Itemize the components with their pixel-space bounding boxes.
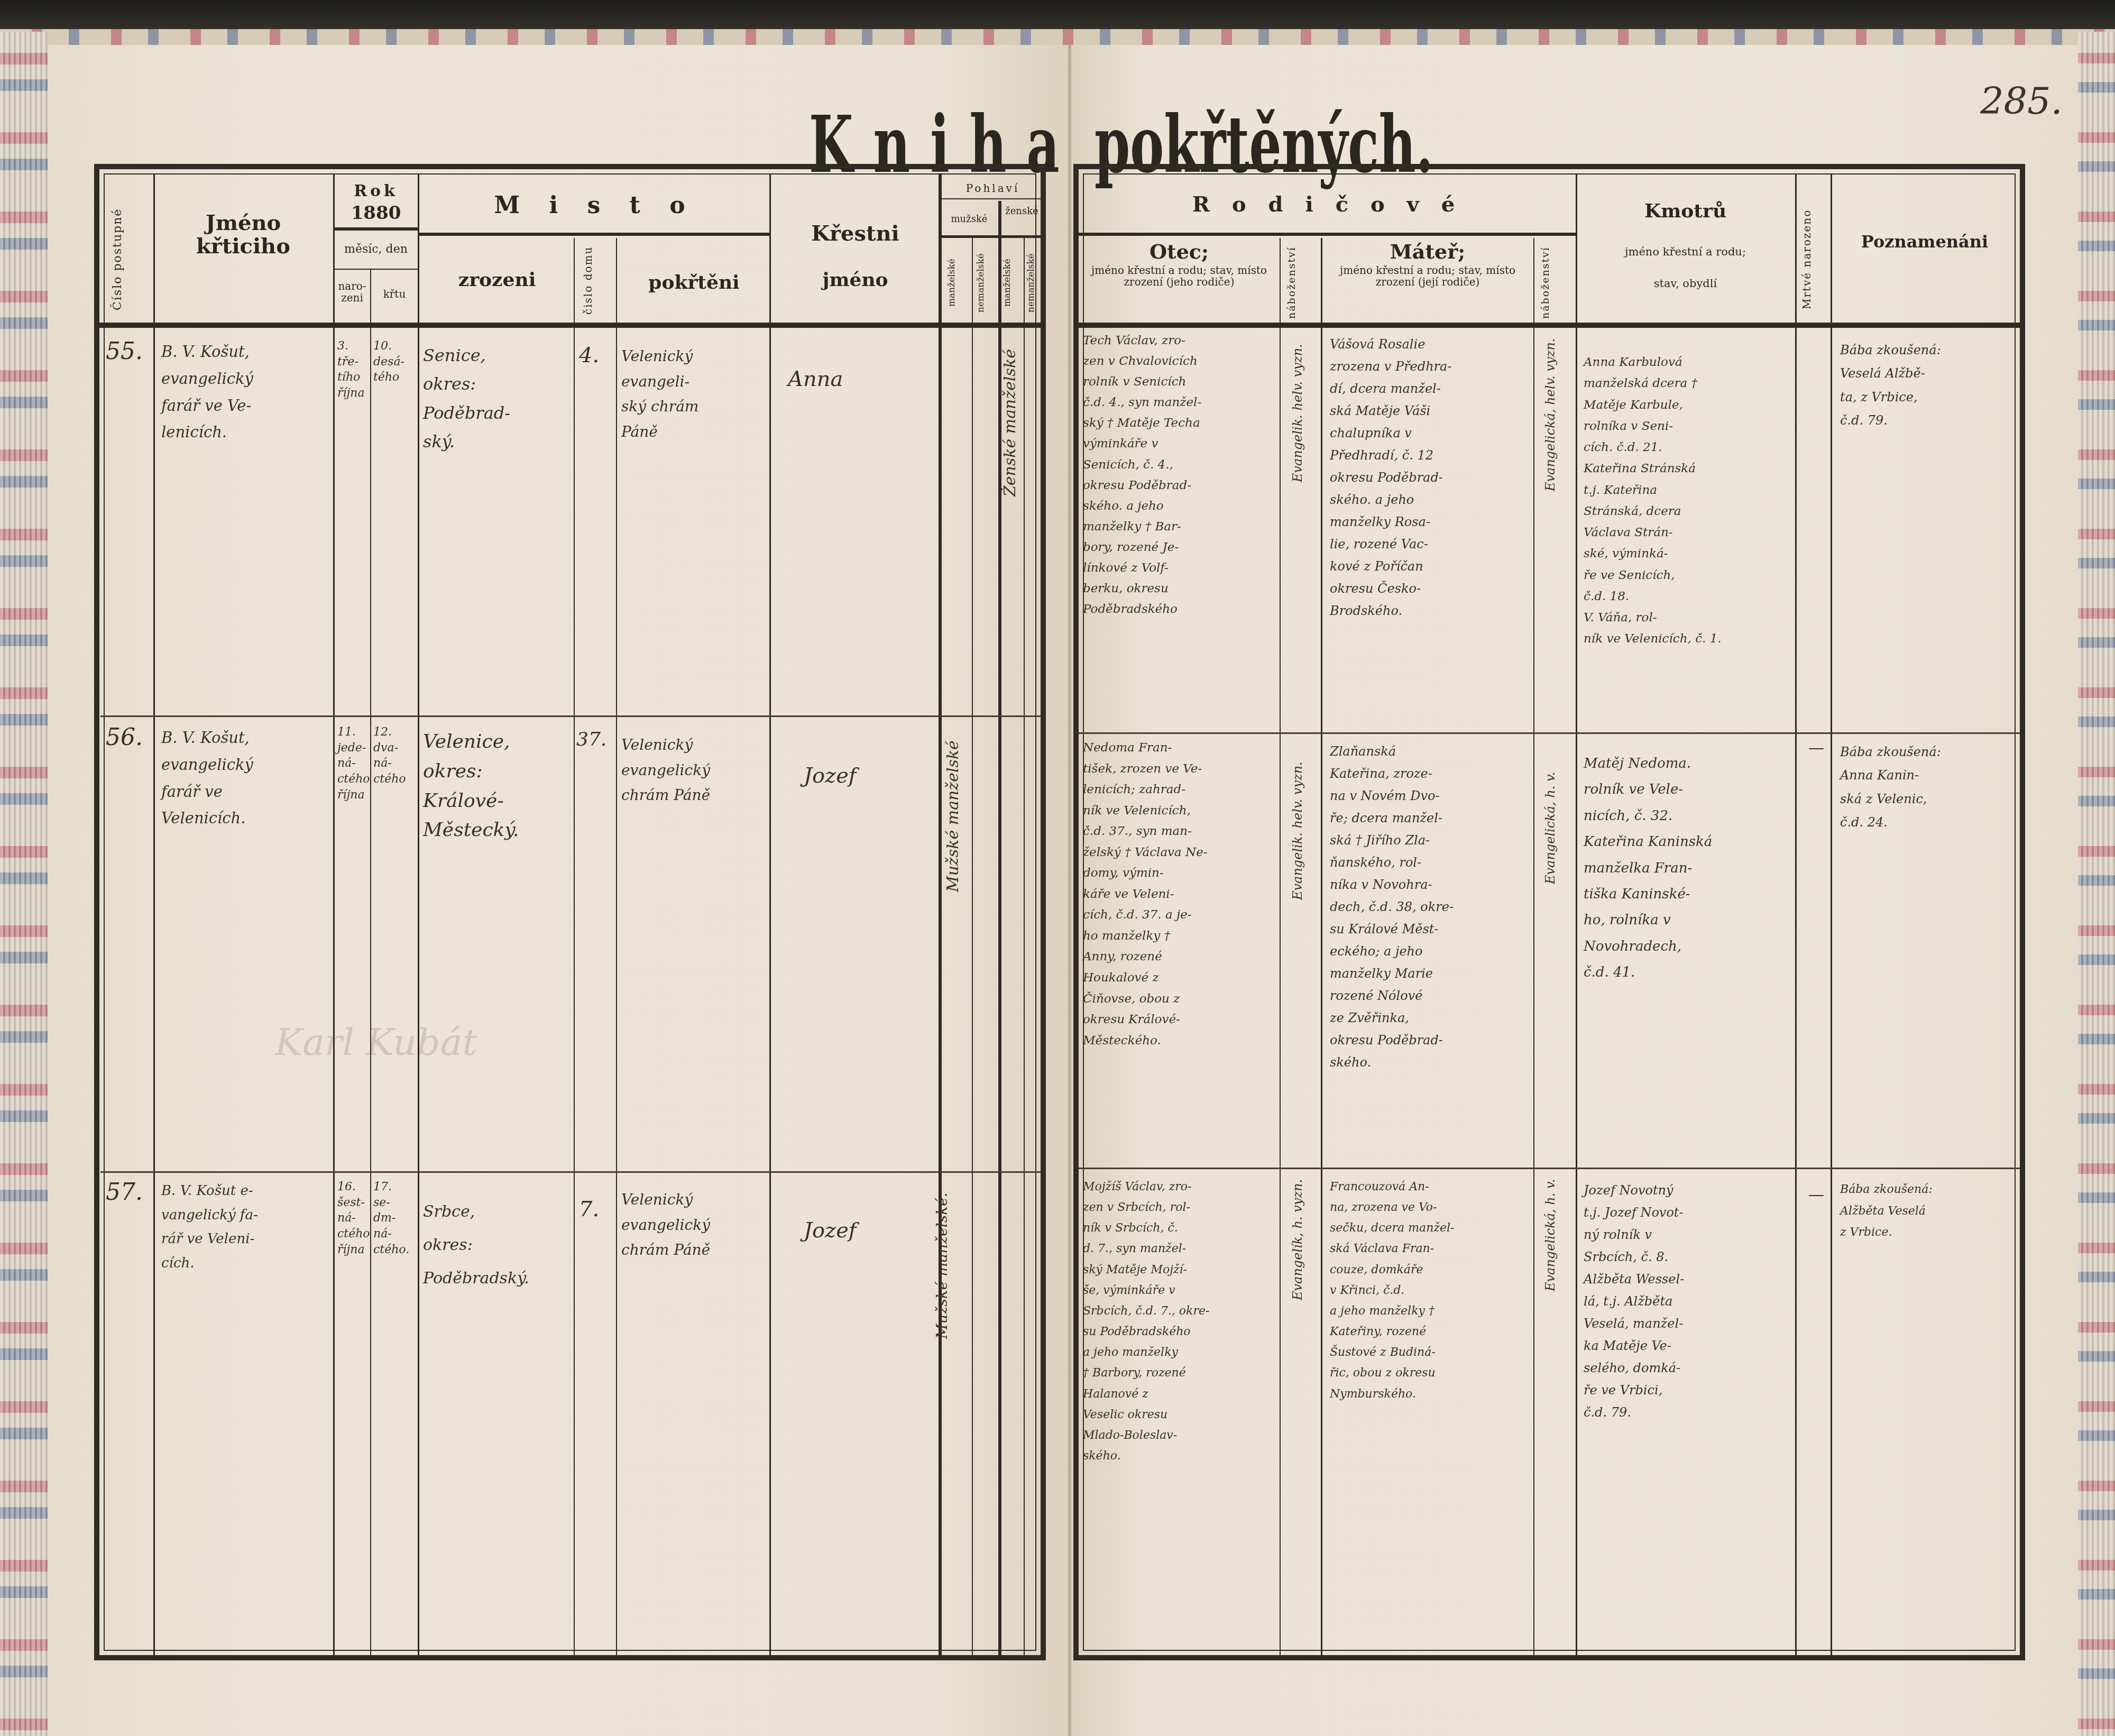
entry-house-number: 7. [579,1195,599,1224]
entry-baptism-place: Velenický evangeli- ský chrám Páně [621,344,769,444]
header-krtu: křtu [371,288,418,300]
entry-godparents: Matěj Nedoma. rolník ve Vele- nicích, č.… [1584,751,1792,986]
col-divider [153,174,155,1655]
entry-stillborn: — [1808,738,1824,759]
entry-mother: Zlaňanská Kateřina, zroze- na v Novém Dv… [1330,740,1531,1073]
left-header-divider [94,323,1046,328]
header-zenske: ženské [999,206,1044,217]
entry-number: 56. [106,722,143,753]
misto-divider [418,233,769,236]
entry-gender: Ženské manželské [1001,349,1019,693]
entry-baptizer: B. V. Košut, evangelický farář ve Ve- le… [161,338,330,446]
col-divider [1831,174,1832,1655]
col-divider [418,174,419,1655]
header-muzske: mužské [940,214,998,225]
col-divider [1533,238,1534,1655]
col-divider [574,238,575,1655]
header-otec-sub: jméno křestní a rodu; stav, místo zrozen… [1084,264,1274,288]
entry-godparents: Anna Karbulová manželská dcera † Matěje … [1584,352,1792,650]
header-rok-year: 1880 [334,204,418,223]
header-manzelske-z: manželské [1002,243,1022,323]
entry-baptism-date: 10. desá- tého [373,338,416,385]
entry-birth-date: 11. jede- ná- ctého října [337,724,369,803]
entry-given-name: Jozef [804,761,857,790]
entry-birthplace: Senice, okres: Poděbrad- ský. [423,341,571,456]
entry-father-religion: Evangelik. helv. vyzn. [1290,344,1305,714]
entry-father: Mojžíš Václav, zro- zen v Srbcích, rol- … [1083,1177,1279,1466]
entry-number: 57. [106,1177,143,1208]
register-book-spread: Kniha pokřtěných. 285. Číslo postupné Jm… [0,0,2115,1736]
entry-baptism-date: 12. dva- ná- ctého [373,724,416,787]
entry-birthplace: Velenice, okres: Králové- Městecký. [423,727,574,845]
col-divider [370,270,371,1655]
col-divider [1576,174,1577,1655]
mesic-den-divider [333,269,418,270]
entry-mother-religion: Evangelická, h. v. [1543,1179,1558,1496]
entry-given-name: Anna [788,365,843,393]
header-mesic-den: měsíc, den [334,243,418,256]
header-jmeno-krticiho: Jméno křticiho [159,212,328,258]
header-kmotru-sub2: stav, obydlí [1578,278,1792,290]
header-nemanzelske-z: nemanželské [1026,243,1044,323]
entry-father-religion: Evangelík, h. vyzn. [1290,1179,1305,1518]
header-narozeni: naro-zeni [334,280,370,304]
entry-mother-religion: Evangelická, helv. vyzn. [1543,338,1558,719]
entry-number: 55. [106,336,143,367]
header-misto: M i s t o [420,193,769,218]
book-gutter [1068,45,1071,1736]
entry-mother: Francouzová An- na, zrozena ve Vo- sečku… [1330,1177,1531,1404]
entry-mother-religion: Evangelická, h. v. [1543,772,1558,1142]
rok-divider [333,227,418,231]
header-mater: Máteř; [1325,241,1531,263]
row-divider [1079,732,2020,734]
col-divider [1321,238,1322,1655]
header-pokrteni: pokřtěni [619,272,769,293]
bleed-through-text: Karl Kubát [275,1021,477,1064]
col-divider [616,238,617,1655]
entry-baptism-date: 17. se- dm- ná- ctého. [373,1179,416,1257]
col-divider [1280,238,1281,1655]
entry-father-religion: Evangelik. helv. vyzn. [1290,761,1305,1153]
row-divider [100,1171,1042,1173]
header-nabozenstvi-otec: náboženství [1286,243,1315,323]
entry-house-number: 37. [576,727,606,753]
entry-baptism-place: Velenický evangelický chrám Páně [621,1187,769,1263]
right-header-divider [1073,323,2025,328]
entry-stillborn: — [1808,1184,1824,1206]
entry-birth-date: 3. tře- tího října [337,338,369,401]
entry-gender: Mužské manželské [944,740,962,1121]
page-number: 285. [1980,79,2063,123]
col-divider [1024,238,1025,1655]
entry-birthplace: Srbce, okres: Poděbradský. [423,1195,574,1295]
entry-father: Nedoma Fran- tišek, zrozen ve Ve- lenicí… [1083,738,1279,1051]
entry-baptizer: B. V. Košut e- vangelický fa- rář ve Vel… [161,1179,330,1275]
col-divider [972,238,973,1655]
entry-gender: Mužské manželské. [933,1192,951,1510]
entry-mother: Vášová Rosalie zrozena v Předhra- dí, dc… [1330,333,1531,622]
header-jmeno: jméno [772,270,939,291]
col-divider [769,174,771,1655]
header-pohlavi: Pohlaví [941,182,1044,194]
page-edges-left [0,32,48,1736]
header-cislo-domu: čislo domu [582,243,608,317]
entry-baptism-place: Velenický evangelický chrám Páně [621,732,769,808]
header-poznamenani: Poznamenáni [1835,233,2015,251]
row-divider [1079,1168,2020,1169]
entry-remarks: Bába zkoušená: Veselá Alžbě- ta, z Vrbic… [1840,338,2015,433]
entry-father: Tech Václav, zro- zen v Chvalovicích rol… [1083,330,1279,620]
entry-given-name: Jozef [804,1216,857,1245]
pohlavi-sub-divider [939,235,1044,238]
entry-house-number: 4. [579,341,599,370]
header-manzelske-m: manželské [946,243,968,323]
header-cislo-postupne: Číslo postupné [111,201,143,317]
header-mrtve-narozeno: Mrtvé narozeno [1800,201,1827,317]
entry-remarks: Bába zkoušená: Anna Kanin- ská z Velenic… [1840,740,2015,834]
header-zrozeni: zrozeni [420,270,574,291]
col-divider [333,174,335,1655]
header-kmotru: Kmotrů [1578,201,1792,222]
pohlavi-divider [939,198,1044,199]
entry-birth-date: 16. šest- ná- ctého října [337,1179,369,1257]
header-otec: Otec; [1081,241,1277,263]
rodicove-divider [1079,233,1576,236]
entry-remarks: Bába zkoušená: Alžběta Veselá z Vrbice. [1840,1179,2015,1244]
header-nabozenstvi-mater: náboženství [1540,243,1569,323]
header-rodicove: R o d i č o v é [1079,193,1576,216]
entry-baptizer: B. V. Košut, evangelický farář ve Veleni… [161,724,330,832]
header-mater-sub: jméno křestní a rodu; stav, místo zrozen… [1330,264,1525,288]
header-kmotru-sub1: jméno křestní a rodu; [1578,246,1792,258]
page-edges-right [2078,32,2115,1736]
header-krestni: Křestni [772,222,939,245]
header-nemanzelske-m: nemanželské [976,243,997,323]
col-divider [1795,174,1797,1655]
header-rok: Rok [334,182,418,200]
entry-godparents: Jozef Novotný t.j. Jozef Novot- ný rolní… [1584,1179,1792,1423]
row-divider [100,715,1042,717]
